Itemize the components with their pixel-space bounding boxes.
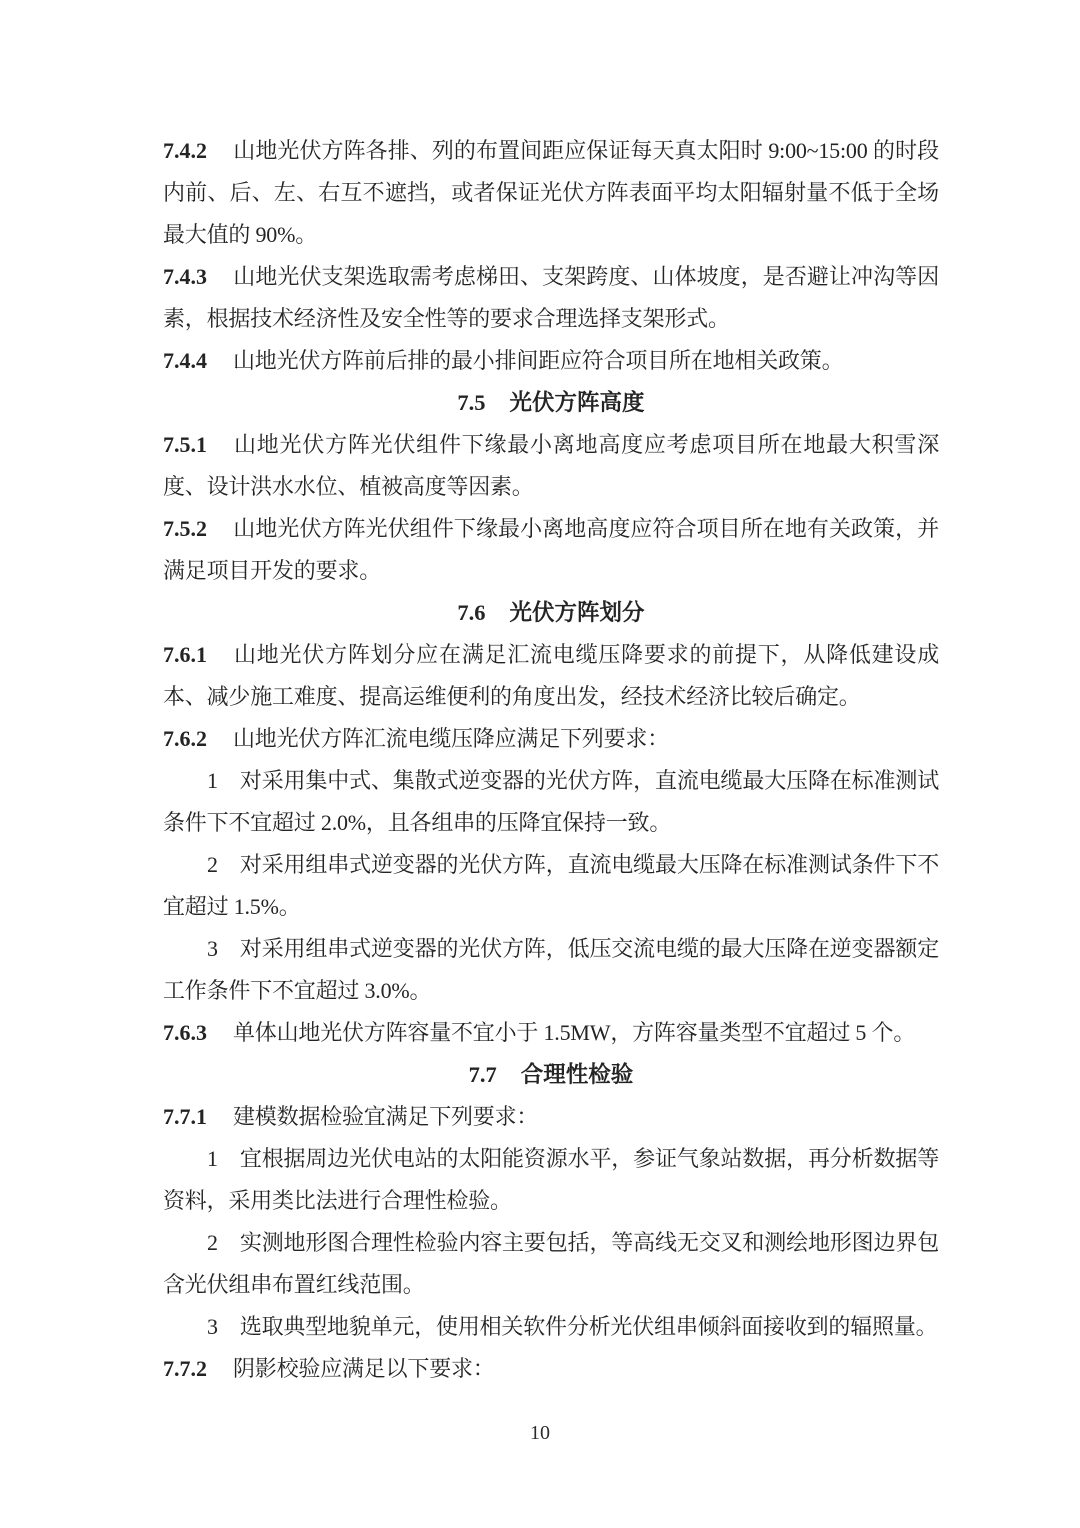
section-number: 7.5 — [457, 390, 485, 415]
section-title: 光伏方阵划分 — [510, 600, 645, 625]
clause-number: 7.5.2 — [163, 516, 207, 541]
clause-number: 7.4.3 — [163, 264, 207, 289]
item-text: 对采用组串式逆变器的光伏方阵，直流电缆最大压降在标准测试条件下不宜超过 1.5%… — [163, 852, 939, 919]
section-title: 合理性检验 — [521, 1062, 634, 1087]
clause-number: 7.4.2 — [163, 138, 207, 163]
clause-text: 山地光伏方阵汇流电缆压降应满足下列要求： — [233, 726, 669, 751]
clause-text: 山地光伏方阵光伏组件下缘最小离地高度应符合项目所在地有关政策，并满足项目开发的要… — [163, 516, 939, 583]
clause-number: 7.4.4 — [163, 348, 207, 373]
document-page: { "footer": { "page_number": "10" }, "bl… — [0, 0, 1080, 1528]
clause-number: 7.7.1 — [163, 1104, 207, 1129]
item-number: 3 — [207, 1314, 218, 1339]
item-number: 3 — [207, 936, 218, 961]
document-body: 7.4.2山地光伏方阵各排、列的布置间距应保证每天真太阳时 9:00~15:00… — [163, 130, 939, 1390]
clause-7-7-1: 7.7.1建模数据检验宜满足下列要求： — [163, 1096, 939, 1138]
clause-text: 山地光伏方阵前后排的最小排间距应符合项目所在地相关政策。 — [233, 348, 843, 373]
list-item-2: 2实测地形图合理性检验内容主要包括，等高线无交叉和测绘地形图边界包含光伏组串布置… — [163, 1222, 939, 1306]
page-number: 10 — [0, 1422, 1080, 1445]
clause-7-6-1: 7.6.1山地光伏方阵划分应在满足汇流电缆压降要求的前提下，从降低建设成本、减少… — [163, 634, 939, 718]
clause-7-6-2: 7.6.2山地光伏方阵汇流电缆压降应满足下列要求： — [163, 718, 939, 760]
clause-7-5-2: 7.5.2山地光伏方阵光伏组件下缘最小离地高度应符合项目所在地有关政策，并满足项… — [163, 508, 939, 592]
clause-number: 7.6.3 — [163, 1020, 207, 1045]
clause-7-4-2: 7.4.2山地光伏方阵各排、列的布置间距应保证每天真太阳时 9:00~15:00… — [163, 130, 939, 256]
clause-number: 7.6.2 — [163, 726, 207, 751]
item-text: 对采用集中式、集散式逆变器的光伏方阵，直流电缆最大压降在标准测试条件下不宜超过 … — [163, 768, 939, 835]
clause-7-5-1: 7.5.1山地光伏方阵光伏组件下缘最小离地高度应考虑项目所在地最大积雪深度、设计… — [163, 424, 939, 508]
section-heading-7-7: 7.7合理性检验 — [163, 1054, 939, 1096]
clause-7-6-3: 7.6.3单体山地光伏方阵容量不宜小于 1.5MW，方阵容量类型不宜超过 5 个… — [163, 1012, 939, 1054]
item-text: 宜根据周边光伏电站的太阳能资源水平，参证气象站数据，再分析数据等资料，采用类比法… — [163, 1146, 939, 1213]
item-number: 1 — [207, 1146, 218, 1171]
clause-text: 建模数据检验宜满足下列要求： — [233, 1104, 538, 1129]
item-number: 2 — [207, 852, 218, 877]
clause-text: 山地光伏方阵光伏组件下缘最小离地高度应考虑项目所在地最大积雪深度、设计洪水水位、… — [163, 432, 939, 499]
item-text: 对采用组串式逆变器的光伏方阵，低压交流电缆的最大压降在逆变器额定工作条件下不宜超… — [163, 936, 939, 1003]
list-item-3: 3对采用组串式逆变器的光伏方阵，低压交流电缆的最大压降在逆变器额定工作条件下不宜… — [163, 928, 939, 1012]
list-item-2: 2对采用组串式逆变器的光伏方阵，直流电缆最大压降在标准测试条件下不宜超过 1.5… — [163, 844, 939, 928]
section-heading-7-5: 7.5光伏方阵高度 — [163, 382, 939, 424]
item-number: 1 — [207, 768, 218, 793]
section-number: 7.6 — [457, 600, 485, 625]
section-title: 光伏方阵高度 — [510, 390, 645, 415]
clause-text: 山地光伏方阵各排、列的布置间距应保证每天真太阳时 9:00~15:00 的时段内… — [163, 138, 939, 247]
clause-7-4-3: 7.4.3山地光伏支架选取需考虑梯田、支架跨度、山体坡度，是否避让冲沟等因素，根… — [163, 256, 939, 340]
section-heading-7-6: 7.6光伏方阵划分 — [163, 592, 939, 634]
list-item-1: 1宜根据周边光伏电站的太阳能资源水平，参证气象站数据，再分析数据等资料，采用类比… — [163, 1138, 939, 1222]
list-item-1: 1对采用集中式、集散式逆变器的光伏方阵，直流电缆最大压降在标准测试条件下不宜超过… — [163, 760, 939, 844]
list-item-3: 3选取典型地貌单元，使用相关软件分析光伏组串倾斜面接收到的辐照量。 — [163, 1306, 939, 1348]
clause-7-7-2: 7.7.2阴影校验应满足以下要求： — [163, 1348, 939, 1390]
clause-number: 7.5.1 — [163, 432, 207, 457]
clause-text: 山地光伏支架选取需考虑梯田、支架跨度、山体坡度，是否避让冲沟等因素，根据技术经济… — [163, 264, 939, 331]
clause-text: 单体山地光伏方阵容量不宜小于 1.5MW，方阵容量类型不宜超过 5 个。 — [233, 1020, 915, 1045]
clause-number: 7.6.1 — [163, 642, 207, 667]
item-number: 2 — [207, 1230, 218, 1255]
clause-text: 山地光伏方阵划分应在满足汇流电缆压降要求的前提下，从降低建设成本、减少施工难度、… — [163, 642, 939, 709]
section-number: 7.7 — [469, 1062, 497, 1087]
item-text: 选取典型地貌单元，使用相关软件分析光伏组串倾斜面接收到的辐照量。 — [240, 1314, 938, 1339]
clause-7-4-4: 7.4.4山地光伏方阵前后排的最小排间距应符合项目所在地相关政策。 — [163, 340, 939, 382]
item-text: 实测地形图合理性检验内容主要包括，等高线无交叉和测绘地形图边界包含光伏组串布置红… — [163, 1230, 939, 1297]
clause-number: 7.7.2 — [163, 1356, 207, 1381]
clause-text: 阴影校验应满足以下要求： — [233, 1356, 495, 1381]
